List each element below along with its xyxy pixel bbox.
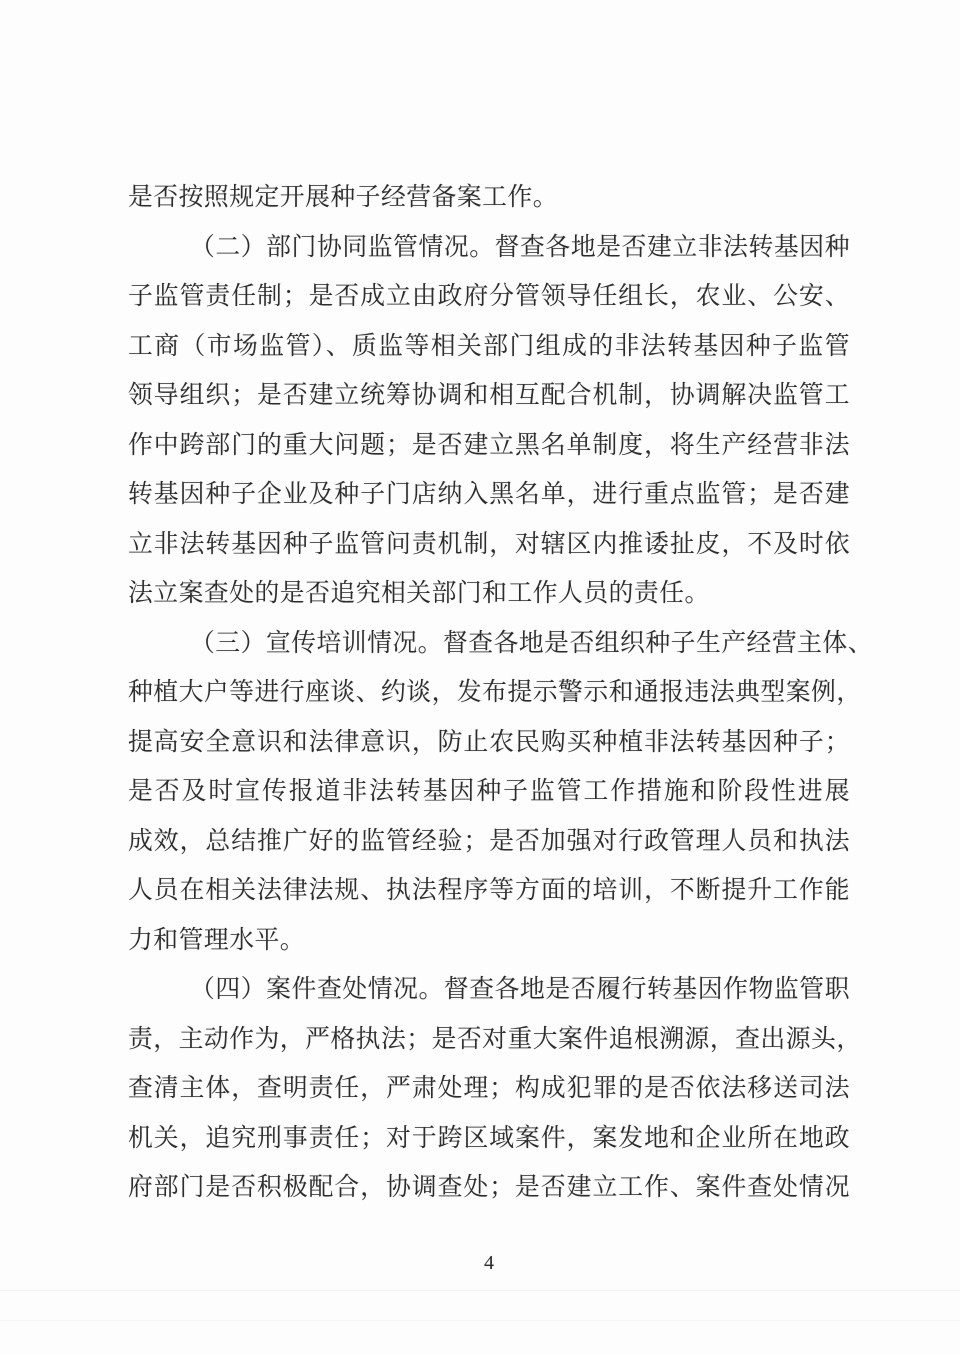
- text-line: 子监管责任制；是否成立由政府分管领导任组长，农业、公安、: [128, 272, 850, 322]
- text-line: 成效，总结推广好的监管经验；是否加强对行政管理人员和执法: [128, 817, 850, 867]
- page-edge-line: [0, 1290, 960, 1291]
- text-line: 作中跨部门的重大问题；是否建立黑名单制度，将生产经营非法: [128, 421, 850, 471]
- text-line: （二）部门协同监管情况。督查各地是否建立非法转基因种: [128, 223, 850, 273]
- text-line: 是否按照规定开展种子经营备案工作。: [128, 173, 850, 223]
- text-line: 府部门是否积极配合，协调查处；是否建立工作、案件查处情况: [128, 1163, 850, 1213]
- text-line: 查清主体，查明责任，严肃处理；构成犯罪的是否依法移送司法: [128, 1064, 850, 1114]
- text-line: 法立案查处的是否追究相关部门和工作人员的责任。: [128, 569, 850, 619]
- text-line: 人员在相关法律法规、执法程序等方面的培训，不断提升工作能: [128, 866, 850, 916]
- text-block: 是否按照规定开展种子经营备案工作。（二）部门协同监管情况。督查各地是否建立非法转…: [128, 173, 850, 1213]
- text-line: 立非法转基因种子监管问责机制，对辖区内推诿扯皮，不及时依: [128, 520, 850, 570]
- text-line: 机关，追究刑事责任；对于跨区域案件，案发地和企业所在地政: [128, 1114, 850, 1164]
- document-page: 是否按照规定开展种子经营备案工作。（二）部门协同监管情况。督查各地是否建立非法转…: [0, 0, 960, 1354]
- text-line: 是否及时宣传报道非法转基因种子监管工作措施和阶段性进展: [128, 767, 850, 817]
- text-line: 转基因种子企业及种子门店纳入黑名单，进行重点监管；是否建: [128, 470, 850, 520]
- page-number: 4: [128, 1249, 850, 1277]
- text-line: 力和管理水平。: [128, 916, 850, 966]
- text-line: 工商（市场监管）、质监等相关部门组成的非法转基因种子监管: [128, 322, 850, 372]
- page-edge-line-2: [0, 1320, 960, 1321]
- text-line: （三）宣传培训情况。督查各地是否组织种子生产经营主体、: [128, 619, 850, 669]
- text-line: 责，主动作为，严格执法；是否对重大案件追根溯源，查出源头，: [128, 1015, 850, 1065]
- text-line: 种植大户等进行座谈、约谈，发布提示警示和通报违法典型案例，: [128, 668, 850, 718]
- text-line: （四）案件查处情况。督查各地是否履行转基因作物监管职: [128, 965, 850, 1015]
- text-line: 领导组织；是否建立统筹协调和相互配合机制，协调解决监管工: [128, 371, 850, 421]
- text-line: 提高安全意识和法律意识，防止农民购买种植非法转基因种子；: [128, 718, 850, 768]
